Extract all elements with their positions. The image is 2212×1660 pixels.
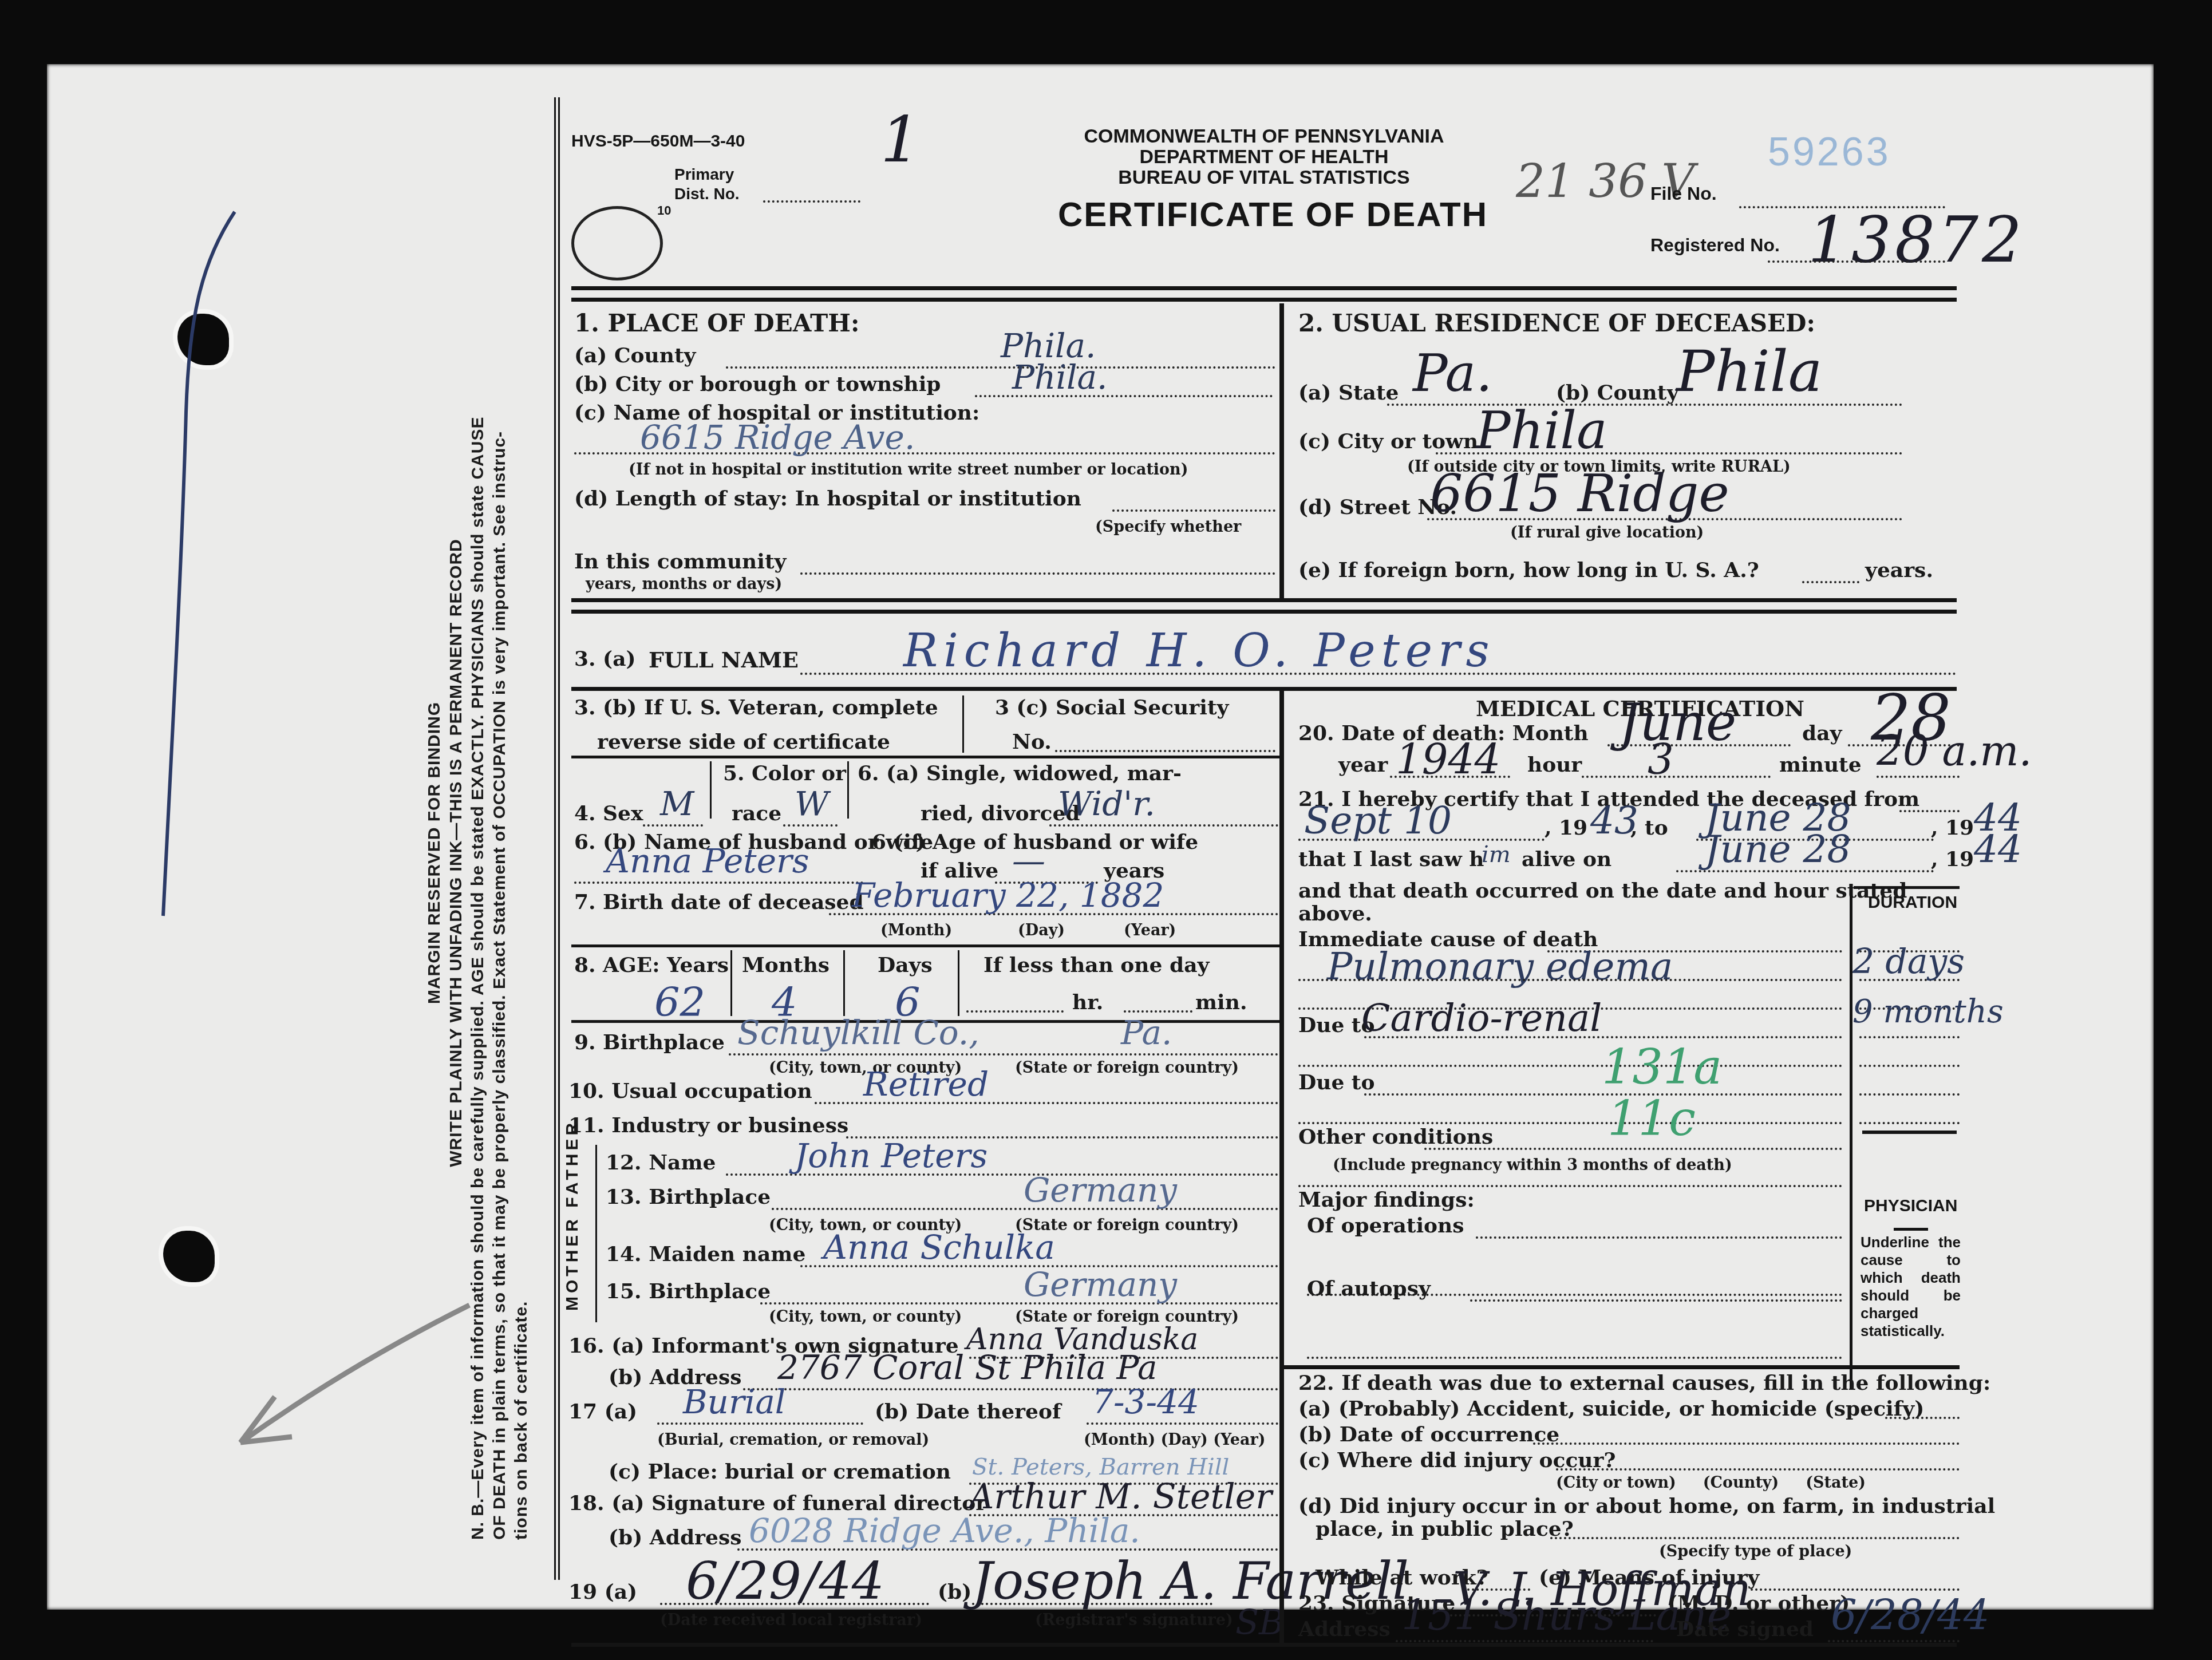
death-hour-value: 3 [1648, 736, 1674, 784]
marital-status-value: Wid'r. [1058, 784, 1155, 823]
age-years-value: 62 [654, 979, 705, 1026]
death-minute-value: 20 a.m. [1877, 727, 2032, 775]
physician-note-heading: PHYSICIAN [1864, 1196, 1957, 1216]
informant-address: 2767 Coral St Phila Pa [777, 1348, 1158, 1387]
mother-maiden-name-value: Anna Schulka [823, 1228, 1055, 1267]
residence-street-value: 6615 Ridge [1430, 464, 1729, 524]
primary-dist-label: Primary Dist. No. [674, 165, 740, 204]
birthplace-city-value: Schuylkill Co., [737, 1013, 979, 1052]
residence-city-value: Phila [1476, 401, 1607, 461]
margin-instructions: MARGIN RESERVED FOR BINDING WRITE PLAINL… [424, 166, 532, 1540]
parents-side-label: MOTHER FATHER [563, 1120, 582, 1311]
classification-code-1: 131a [1602, 1039, 1722, 1095]
death-city-value: Phila. [1012, 358, 1108, 397]
external-causes-heading: 22. If death was due to external causes,… [1298, 1371, 1990, 1395]
primary-dist-value: 1 [880, 103, 921, 176]
file-number-stamp: 59263 [1768, 129, 1891, 175]
issuing-authority: COMMONWEALTH OF PENNSYLVANIA DEPARTMENT … [1035, 126, 1493, 188]
certificate-form: HVS-5P—650M—3-40 Primary Dist. No. 1 10 … [554, 97, 2123, 1580]
burial-date-value: 7-3-44 [1092, 1382, 1199, 1421]
place-of-death-heading: 1. PLACE OF DEATH: [574, 309, 859, 337]
classification-code-2: 11c [1607, 1090, 1696, 1147]
attended-from-date: Sept 10 [1304, 799, 1452, 843]
death-location-value: 6615 Ridge Ave. [640, 418, 915, 457]
registered-number: 13872 [1808, 203, 2025, 276]
birth-date-value: February 22, 1882 [852, 876, 1164, 915]
disposition-value: Burial [683, 1382, 785, 1421]
father-name-value: John Peters [795, 1136, 987, 1175]
due-to-cause-1: Cardio-renal [1361, 996, 1602, 1040]
mother-birthplace-value: Germany [1024, 1265, 1177, 1304]
form-code: HVS-5P—650M—3-40 [571, 132, 745, 151]
residence-county-value: Phila [1676, 338, 1822, 405]
spouse-name-value: Anna Peters [606, 841, 809, 880]
residence-state-value: Pa. [1413, 343, 1492, 404]
death-month-value: June [1619, 693, 1736, 753]
occupation-value: Retired [863, 1065, 989, 1104]
funeral-director-address: 6028 Ridge Ave., Phila. [749, 1511, 1140, 1550]
father-birthplace-value: Germany [1024, 1171, 1177, 1210]
union-label-seal [571, 206, 663, 280]
physician-date-signed: 6/28/44 [1831, 1591, 1990, 1639]
last-seen-date: June 28 [1705, 827, 1851, 871]
deceased-full-name: Richard H. O. Peters [903, 624, 1495, 677]
residence-heading: 2. USUAL RESIDENCE OF DECEASED: [1298, 309, 1815, 337]
immediate-cause-value: Pulmonary edema [1327, 944, 1673, 989]
page-title: CERTIFICATE OF DEATH [1058, 195, 1488, 234]
sex-value: M [660, 784, 694, 823]
race-value: W [795, 784, 829, 823]
duration-due-to-1: 9 months [1852, 993, 2004, 1030]
death-year-value: 1944 [1396, 736, 1500, 784]
duration-immediate: 2 days [1852, 942, 1965, 982]
physician-note: Underline the cause to which death shoul… [1861, 1234, 1961, 1340]
date-received-registrar: 6/29/44 [686, 1551, 884, 1611]
birthplace-state-value: Pa. [1121, 1013, 1172, 1052]
duration-heading: DURATION [1868, 893, 1957, 912]
